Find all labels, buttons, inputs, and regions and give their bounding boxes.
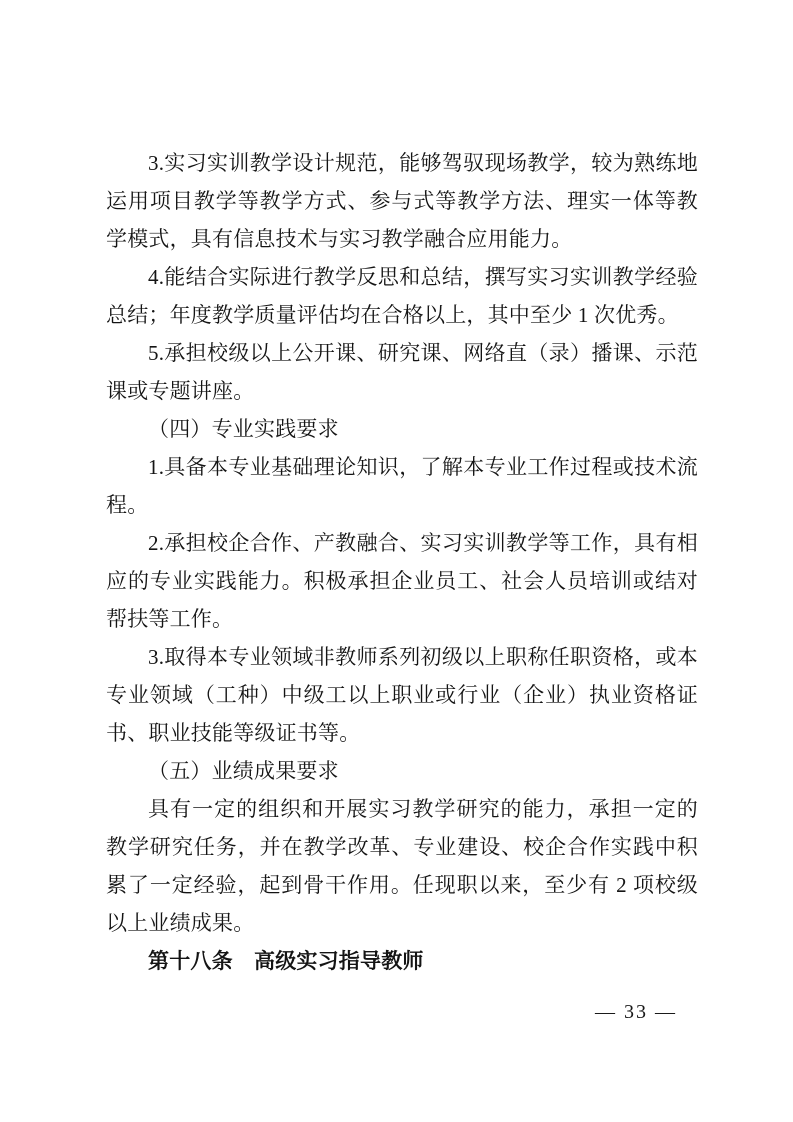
paragraph-item-4-teaching-reflection: 4.能结合实际进行教学反思和总结，撰写实习实训教学经验总结；年度教学质量评估均在…	[106, 258, 698, 334]
section-heading-achievement-requirements: （五）业绩成果要求	[106, 752, 698, 790]
paragraph-achievement-detail: 具有一定的组织和开展实习教学研究的能力，承担一定的教学研究任务，并在教学改革、专…	[106, 790, 698, 942]
document-body: 3.实习实训教学设计规范，能够驾驭现场教学，较为熟练地运用项目教学等教学方式、参…	[106, 144, 698, 980]
paragraph-item-5-open-classes: 5.承担校级以上公开课、研究课、网络直（录）播课、示范课或专题讲座。	[106, 334, 698, 410]
paragraph-item-3-qualification: 3.取得本专业领域非教师系列初级以上职称任职资格，或本专业领域（工种）中级工以上…	[106, 638, 698, 752]
page-number: — 33 —	[595, 1000, 677, 1024]
paragraph-item-3-teaching-design: 3.实习实训教学设计规范，能够驾驭现场教学，较为熟练地运用项目教学等教学方式、参…	[106, 144, 698, 258]
paragraph-item-2-school-enterprise: 2.承担校企合作、产教融合、实习实训教学等工作，具有相应的专业实践能力。积极承担…	[106, 524, 698, 638]
paragraph-item-1-basic-theory: 1.具备本专业基础理论知识，了解本专业工作过程或技术流程。	[106, 448, 698, 524]
article-heading-18-senior-instructor: 第十八条 高级实习指导教师	[106, 942, 698, 980]
document-page: 3.实习实训教学设计规范，能够驾驭现场教学，较为熟练地运用项目教学等教学方式、参…	[0, 0, 793, 1122]
section-heading-professional-practice: （四）专业实践要求	[106, 410, 698, 448]
